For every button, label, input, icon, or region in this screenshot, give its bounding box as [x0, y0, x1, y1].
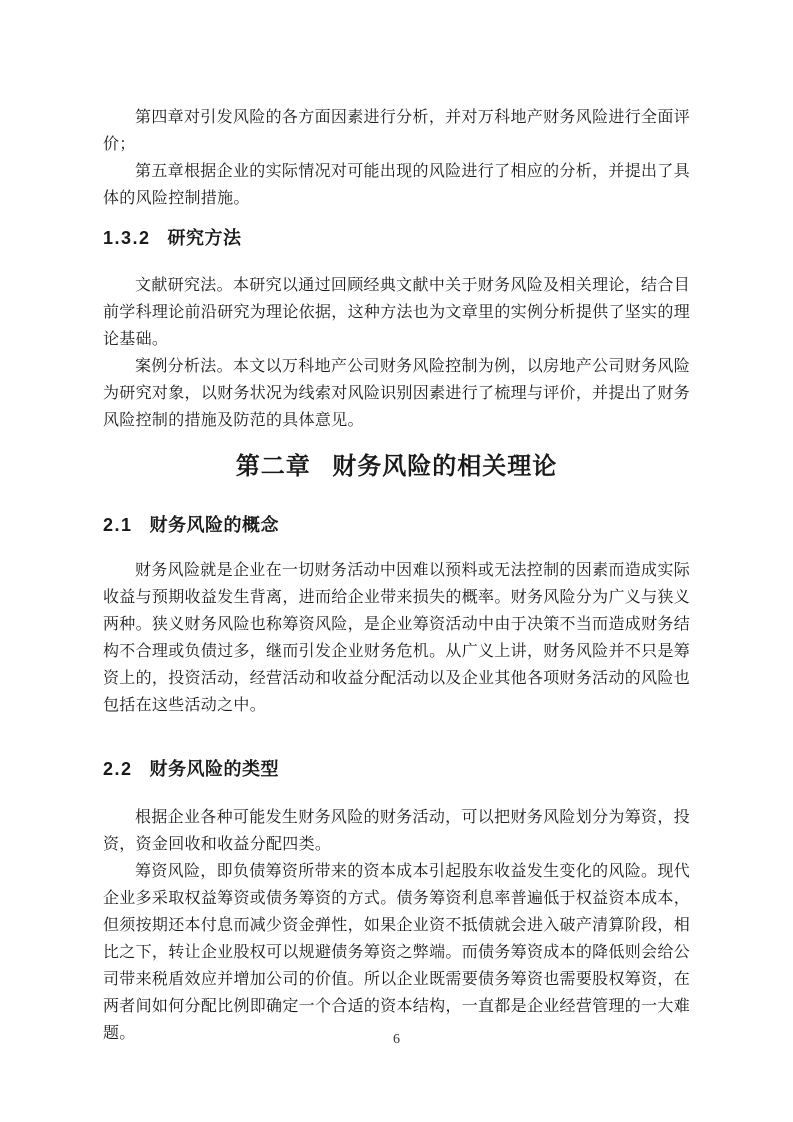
- section-heading-1-3-2: 1.3.2研究方法: [103, 223, 690, 253]
- section-heading-2-1: 2.1财务风险的概念: [103, 510, 690, 540]
- section-1-3-2-paragraph-1: 文献研究法。本研究以通过回顾经典文献中关于财务风险及相关理论，结合目前学科理论前…: [103, 272, 690, 353]
- intro-paragraph-1: 第四章对引发风险的各方面因素进行分析，并对万科地产财务风险进行全面评价；: [103, 104, 690, 158]
- section-title-2-1: 财务风险的概念: [150, 515, 280, 535]
- chapter-heading: 第二章财务风险的相关理论: [103, 446, 690, 488]
- section-2-2-paragraph-1: 根据企业各种可能发生财务风险的财务活动，可以把财务风险划分为筹资，投资，资金回收…: [103, 804, 690, 858]
- section-2-2-paragraph-2: 筹资风险，即负债筹资所带来的资本成本引起股东收益发生变化的风险。现代企业多采取权…: [103, 858, 690, 1047]
- chapter-title: 财务风险的相关理论: [332, 453, 557, 480]
- section-heading-2-2: 2.2财务风险的类型: [103, 754, 690, 784]
- section-1-3-2-paragraph-2: 案例分析法。本文以万科地产公司财务风险控制为例，以房地产公司财务风险为研究对象，…: [103, 353, 690, 434]
- section-title-1-3-2: 研究方法: [168, 228, 242, 248]
- section-number-2-2: 2.2: [103, 759, 133, 779]
- section-number-2-1: 2.1: [103, 515, 133, 535]
- section-2-1-paragraph-1: 财务风险就是企业在一切财务活动中因难以预料或无法控制的因素而造成实际收益与预期收…: [103, 557, 690, 719]
- intro-paragraph-2: 第五章根据企业的实际情况对可能出现的风险进行了相应的分析，并提出了具体的风险控制…: [103, 158, 690, 212]
- document-page: 第四章对引发风险的各方面因素进行分析，并对万科地产财务风险进行全面评价； 第五章…: [0, 0, 793, 1122]
- chapter-label: 第二章: [236, 453, 311, 480]
- section-title-2-2: 财务风险的类型: [150, 759, 280, 779]
- page-number: 6: [0, 1032, 793, 1048]
- section-number-1-3-2: 1.3.2: [103, 228, 151, 248]
